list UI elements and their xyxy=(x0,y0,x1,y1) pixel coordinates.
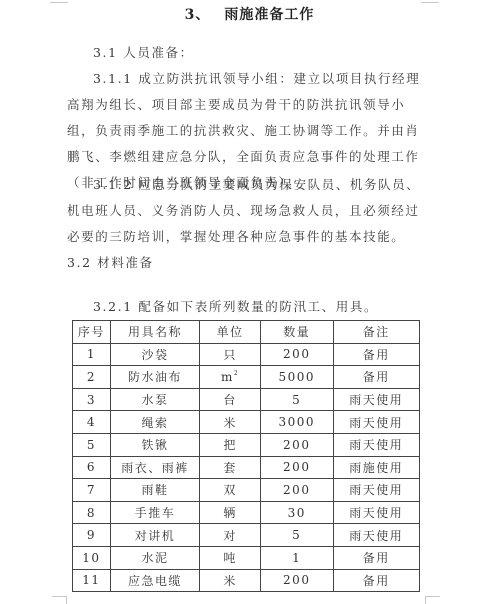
cell-index: 5 xyxy=(73,433,111,456)
cell-quantity: 3000 xyxy=(260,411,333,434)
cell-remark: 雨天使用 xyxy=(333,411,419,434)
cell-name: 铁锹 xyxy=(110,433,199,456)
page-corner-mark-bottom-left xyxy=(52,596,67,604)
cell-remark: 雨天使用 xyxy=(333,524,419,547)
cell-quantity: 200 xyxy=(260,479,333,502)
header-cell-unit: 单位 xyxy=(200,321,261,344)
header-cell-quantity: 数量 xyxy=(260,321,333,344)
cell-unit: 只 xyxy=(200,343,261,366)
cell-index: 3 xyxy=(73,388,111,411)
cell-name: 防水油布 xyxy=(110,366,199,389)
table-row: 5 铁锹 把 200 雨天使用 xyxy=(73,433,420,456)
table-row: 1 沙袋 只 200 备用 xyxy=(73,343,420,366)
cell-quantity: 30 xyxy=(260,501,333,524)
cell-quantity: 200 xyxy=(260,343,333,366)
cell-unit: 辆 xyxy=(200,501,261,524)
cell-index: 4 xyxy=(73,411,111,434)
cell-remark: 备用 xyxy=(333,366,419,389)
cell-quantity: 200 xyxy=(260,456,333,479)
cell-name: 对讲机 xyxy=(110,524,199,547)
cell-remark: 雨施使用 xyxy=(333,456,419,479)
cell-index: 10 xyxy=(73,546,111,569)
equipment-table: 序号 用具名称 单位 数量 备注 1 沙袋 只 200 备用 2 防水油布 m2… xyxy=(72,320,420,592)
cell-name: 绳索 xyxy=(110,411,199,434)
cell-name: 雨鞋 xyxy=(110,479,199,502)
table-row: 10 水泥 吨 1 备用 xyxy=(73,546,420,569)
cell-unit: 米 xyxy=(200,569,261,592)
cell-unit: 台 xyxy=(200,388,261,411)
cell-index: 8 xyxy=(73,501,111,524)
cell-quantity: 5000 xyxy=(260,366,333,389)
cell-index: 9 xyxy=(73,524,111,547)
heading-number: 3、 xyxy=(185,7,211,23)
cell-remark: 雨天使用 xyxy=(333,433,419,456)
cell-quantity: 5 xyxy=(260,388,333,411)
cell-unit: 米 xyxy=(200,411,261,434)
cell-name: 应急电缆 xyxy=(110,569,199,592)
cell-index: 1 xyxy=(73,343,111,366)
header-cell-name: 用具名称 xyxy=(110,321,199,344)
cell-name: 沙袋 xyxy=(110,343,199,366)
cell-unit: 双 xyxy=(200,479,261,502)
cell-remark: 备用 xyxy=(333,343,419,366)
unit-superscript: 2 xyxy=(234,370,239,377)
table-row: 2 防水油布 m2 5000 备用 xyxy=(73,366,420,389)
table-row: 3 水泵 台 5 雨天使用 xyxy=(73,388,420,411)
paragraph-3-1: 3.1 人员准备： xyxy=(67,40,423,66)
cell-index: 11 xyxy=(73,569,111,592)
cell-remark: 备用 xyxy=(333,569,419,592)
table-row: 8 手推车 辆 30 雨天使用 xyxy=(73,501,420,524)
table-row: 11 应急电缆 米 200 备用 xyxy=(73,569,420,592)
cell-index: 6 xyxy=(73,456,111,479)
unit-text: m xyxy=(221,370,234,384)
cell-remark: 雨天使用 xyxy=(333,479,419,502)
table-row: 4 绳索 米 3000 雨天使用 xyxy=(73,411,420,434)
cell-remark: 备用 xyxy=(333,546,419,569)
paragraph-3-2-1: 3.2.1 配备如下表所列数量的防汛工、用具。 xyxy=(67,294,423,320)
cell-quantity: 1 xyxy=(260,546,333,569)
page-corner-mark-top-right xyxy=(421,0,439,3)
cell-remark: 雨天使用 xyxy=(333,501,419,524)
heading-text: 雨施准备工作 xyxy=(224,7,314,23)
cell-name: 手推车 xyxy=(110,501,199,524)
cell-unit: 对 xyxy=(200,524,261,547)
cell-name: 雨衣、雨裤 xyxy=(110,456,199,479)
table-row: 7 雨鞋 双 200 雨天使用 xyxy=(73,479,420,502)
cell-name: 水泥 xyxy=(110,546,199,569)
cell-unit: m2 xyxy=(200,366,261,389)
cell-quantity: 200 xyxy=(260,433,333,456)
table-row: 9 对讲机 对 5 雨天使用 xyxy=(73,524,420,547)
cell-unit: 套 xyxy=(200,456,261,479)
page-corner-mark-top-left xyxy=(50,0,68,3)
cell-name: 水泵 xyxy=(110,388,199,411)
cell-remark: 雨天使用 xyxy=(333,388,419,411)
table-row: 6 雨衣、雨裤 套 200 雨施使用 xyxy=(73,456,420,479)
section-heading: 3、雨施准备工作 xyxy=(0,4,499,24)
page-corner-mark-bottom-right xyxy=(425,596,440,604)
cell-unit: 吨 xyxy=(200,546,261,569)
cell-quantity: 5 xyxy=(260,524,333,547)
paragraph-3-2: 3.2 材料准备 xyxy=(67,250,423,276)
paragraph-3-1-2: 3.1.2 应急分队的主要成员为保安队员、机务队员、机电班人员、义务消防人员、现… xyxy=(67,172,423,250)
cell-index: 2 xyxy=(73,366,111,389)
table-header-row: 序号 用具名称 单位 数量 备注 xyxy=(73,321,420,344)
cell-index: 7 xyxy=(73,479,111,502)
header-cell-index: 序号 xyxy=(73,321,111,344)
header-cell-remark: 备注 xyxy=(333,321,419,344)
cell-quantity: 200 xyxy=(260,569,333,592)
cell-unit: 把 xyxy=(200,433,261,456)
